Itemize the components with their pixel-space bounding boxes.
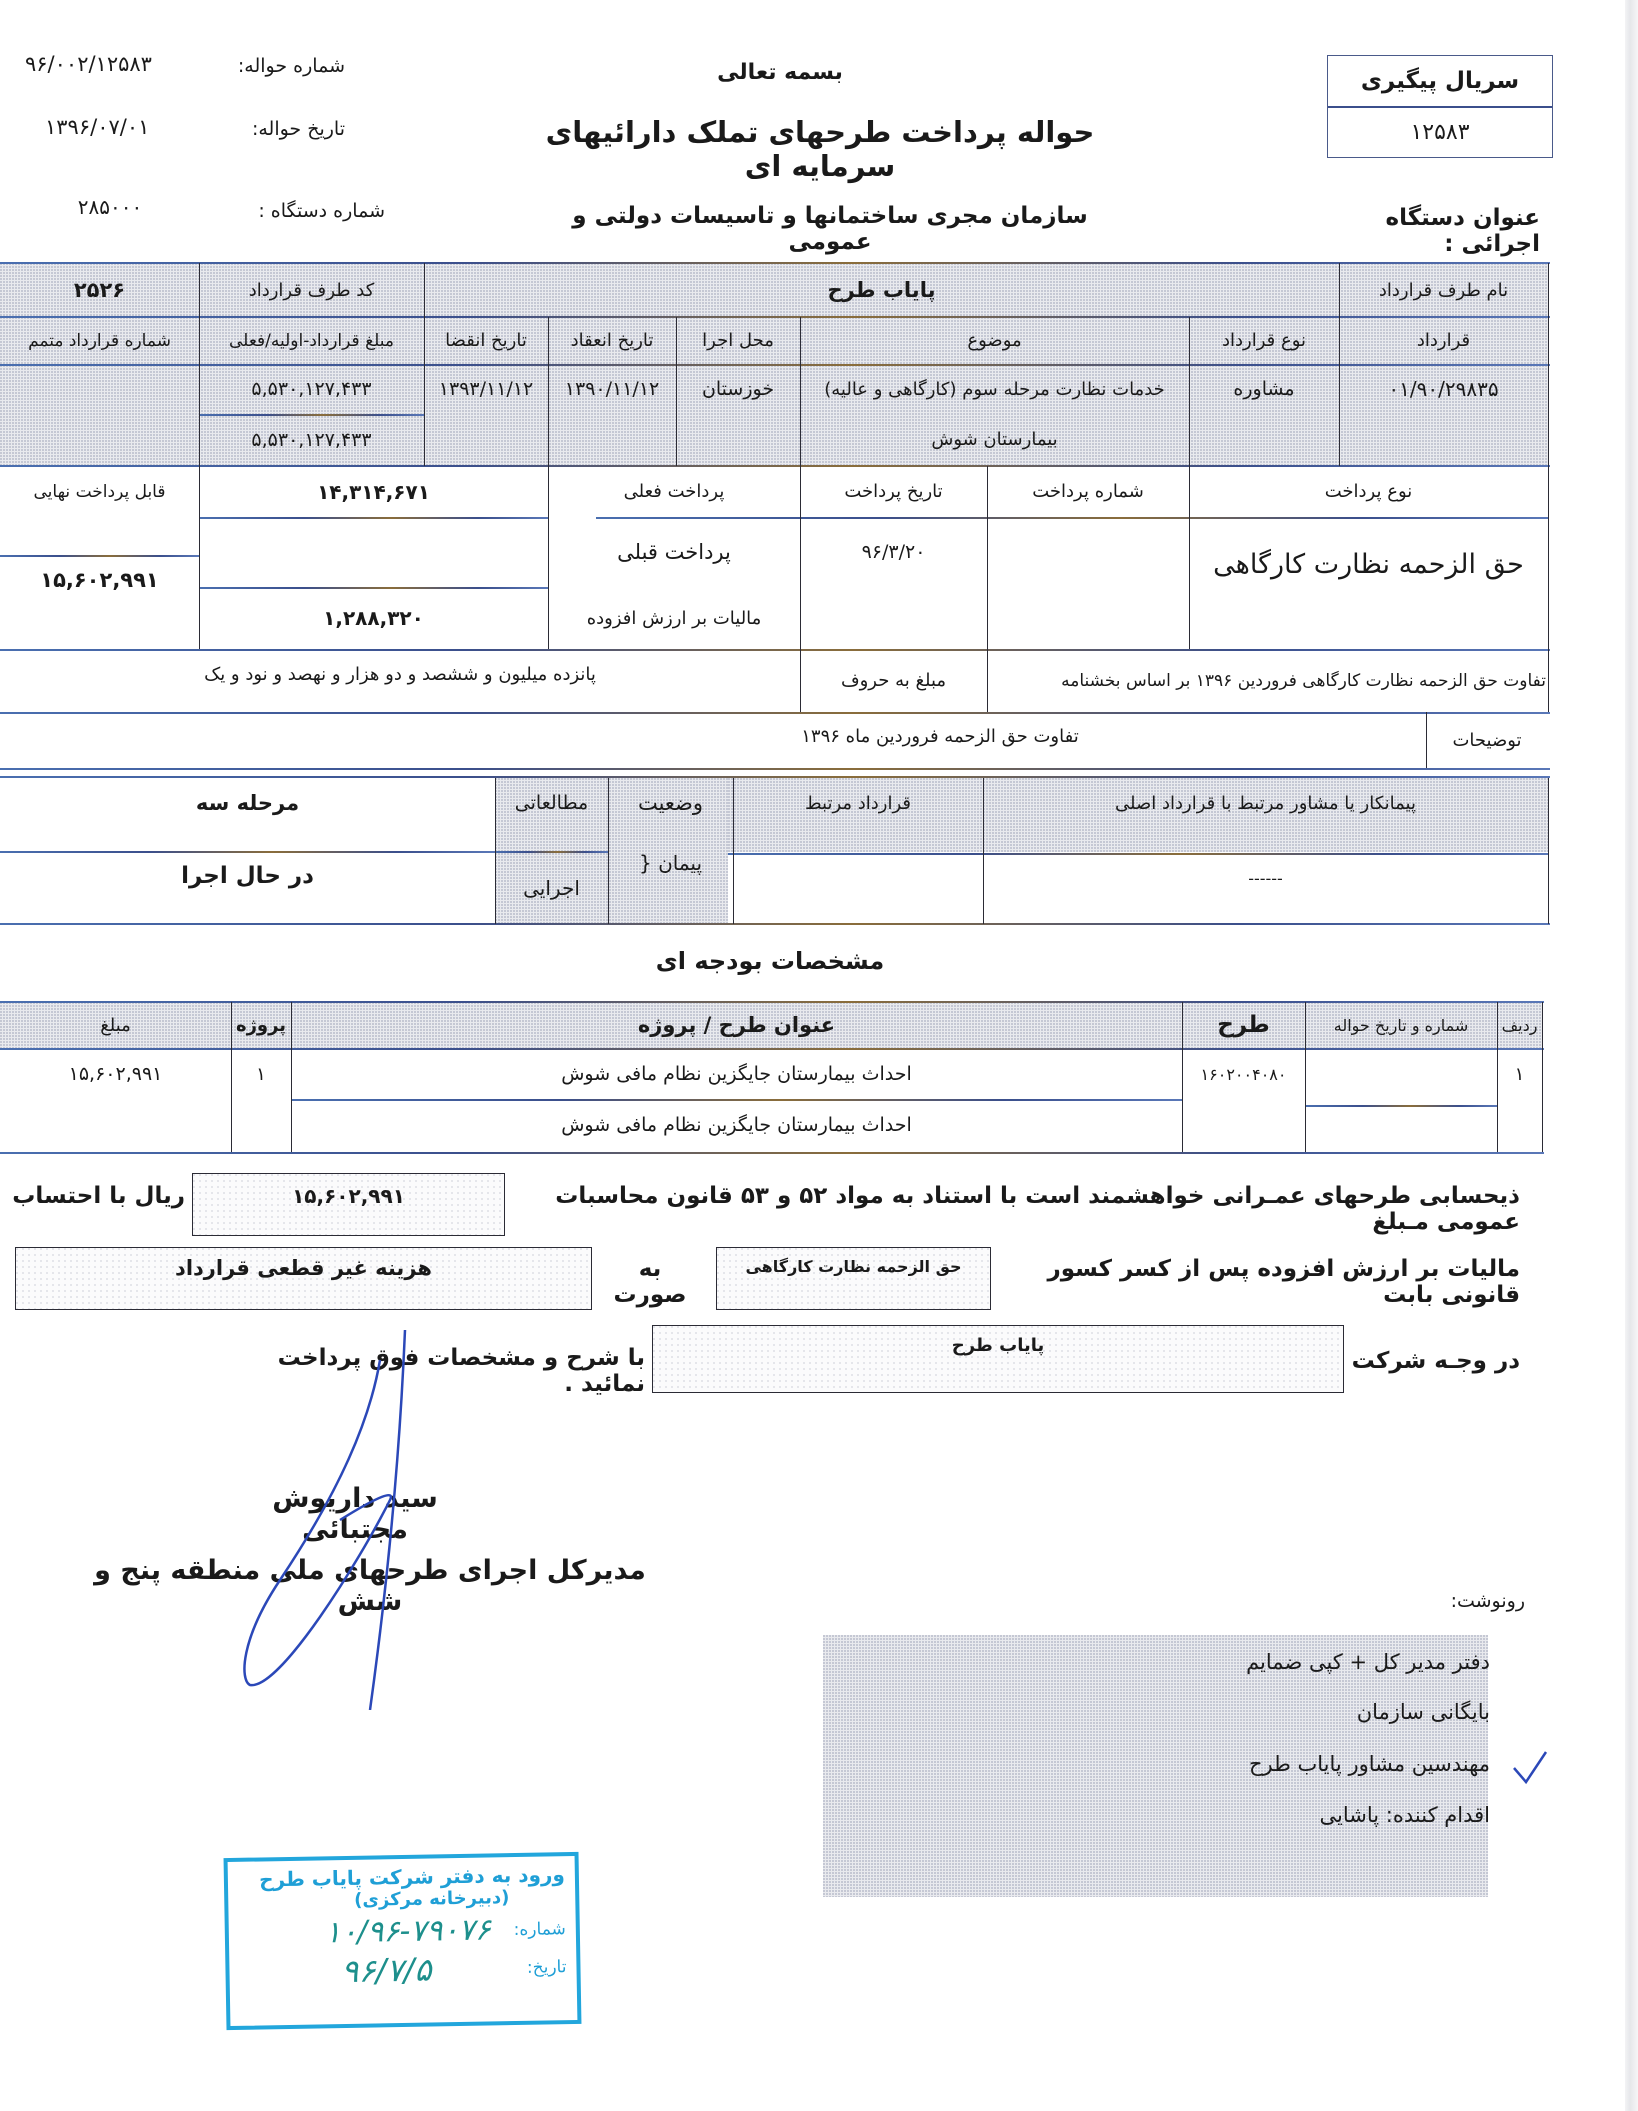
copy-item-4: اقدام کننده: پاشایی bbox=[1100, 1803, 1490, 1827]
table-line bbox=[0, 923, 1550, 925]
table-line bbox=[1305, 1105, 1497, 1107]
notes-value: تفاوت حق الزحمه فروردین ماه ۱۳۹۶ bbox=[500, 712, 1380, 760]
budget-row-plan: ۱۶۰۲۰۰۴۰۸۰ bbox=[1182, 1049, 1305, 1099]
previous-payment-label: پرداخت قبلی bbox=[548, 517, 800, 587]
stage-value: مرحله سه bbox=[0, 778, 495, 828]
status-label: وضعیت bbox=[608, 778, 733, 828]
final-payable-value: ۱۵,۶۰۲,۹۹۱ bbox=[0, 555, 199, 605]
col-supplement: شماره قرارداد متمم bbox=[0, 317, 199, 364]
havaleh-number: ۹۶/۰۰۲/۱۲۵۸۳ bbox=[25, 52, 195, 76]
copy-item-3: مهندسین مشاور پایاب طرح bbox=[1100, 1752, 1490, 1776]
budget-row-amount: ۱۵,۶۰۲,۹۹۱ bbox=[0, 1049, 231, 1099]
table-line bbox=[1548, 466, 1549, 712]
havaleh-date-label: تاریخ حواله: bbox=[225, 118, 345, 140]
kind-box[interactable]: هزینه غیر قطعی قرارداد bbox=[15, 1247, 592, 1310]
budget-col-havaleh: شماره و تاریخ حواله bbox=[1305, 1002, 1497, 1048]
contract-subject-line1: خدمات نظارت مرحله سوم (کارگاهی و عالیه) bbox=[800, 364, 1189, 414]
copy-item-2: بایگانی سازمان bbox=[1100, 1700, 1490, 1724]
col-location: محل اجرا bbox=[676, 317, 800, 364]
budget-row-index: ۱ bbox=[1497, 1049, 1542, 1099]
party-code-label: کد طرف قرارداد bbox=[199, 263, 424, 317]
contract-end-date: ۱۳۹۳/۱۱/۱۲ bbox=[424, 364, 548, 414]
contractor-label: پیمانکار یا مشاور مرتبط با قرارداد اصلی bbox=[983, 778, 1548, 828]
contract-subject-line2: بیمارستان شوش bbox=[800, 414, 1189, 464]
receipt-stamp: ورود به دفتر شرکت پایاب طرح (دبیرخانه مر… bbox=[224, 1852, 582, 2030]
signature-scribble-icon bbox=[220, 1330, 440, 1710]
col-start-date: تاریخ انعقاد bbox=[548, 317, 676, 364]
contract-location: خوزستان bbox=[676, 364, 800, 414]
current-payment-value: ۱۴,۳۱۴,۶۷۱ bbox=[199, 466, 548, 517]
amount-in-words: پانزده میلیون و ششصد و دو هزار و نهصد و … bbox=[0, 649, 800, 699]
serial-box: سریال پیگیری ۱۲۵۸۳ bbox=[1327, 55, 1553, 158]
kind-box-value: هزینه غیر قطعی قرارداد bbox=[175, 1256, 432, 1309]
budget-row-havaleh bbox=[1305, 1049, 1497, 1099]
budget-col-amount: مبلغ bbox=[0, 1002, 231, 1048]
peyman-label: پیمان { bbox=[608, 838, 733, 888]
instruction-line2: مالیات بر ارزش افزوده پس از کسر کسور قان… bbox=[995, 1256, 1520, 1308]
contract-number: ۰۱/۹۰/۲۹۸۳۵ bbox=[1339, 364, 1548, 414]
company-box[interactable]: پایاب طرح bbox=[652, 1325, 1344, 1393]
col-type: نوع قرارداد bbox=[1189, 317, 1339, 364]
subject-box[interactable]: حق الزحمه نظارت کارگاهی bbox=[716, 1247, 991, 1310]
payment-description: تفاوت حق الزحمه نظارت کارگاهی فروردین ۱۳… bbox=[987, 649, 1548, 712]
budget-title: مشخصات بودجه ای bbox=[600, 947, 940, 975]
device-number: ۲۸۵۰۰۰ bbox=[60, 195, 160, 219]
study-option: مطالعاتی bbox=[495, 778, 608, 828]
budget-row-title-2: احداث بیمارستان جایگزین نظام مافی شوش bbox=[291, 1100, 1182, 1150]
page-title: حواله پرداخت طرحهای تملک دارائیهای سرمای… bbox=[500, 115, 1140, 183]
previous-payment-value bbox=[199, 517, 548, 587]
col-amount: مبلغ قرارداد-اولیه/فعلی bbox=[199, 317, 424, 364]
org-label: عنوان دستگاه اجرائی : bbox=[1300, 205, 1540, 257]
party-code: ۲۵۲۶ bbox=[0, 263, 199, 317]
contract-amount-current: ۵,۵۳۰,۱۲۷,۴۳۳ bbox=[199, 414, 424, 465]
copies-label: رونوشت: bbox=[1380, 1590, 1525, 1612]
checkmark-icon bbox=[1510, 1748, 1550, 1788]
table-line bbox=[1548, 778, 1549, 924]
party-name: پایاب طرح bbox=[424, 263, 1339, 317]
amount-in-words-label: مبلغ به حروف bbox=[800, 649, 987, 712]
party-name-label: نام طرف قرارداد bbox=[1339, 263, 1548, 317]
stamp-number-value: ۱۰/۹۶-۷۹۰۷۶ bbox=[325, 1912, 492, 1950]
notes-label: توضیحات bbox=[1426, 712, 1548, 768]
instruction-rial-suffix: ریال با احتساب bbox=[10, 1183, 185, 1209]
amount-box[interactable]: ۱۵,۶۰۲,۹۹۱ bbox=[192, 1173, 505, 1236]
vat-value: ۱,۲۸۸,۳۲۰ bbox=[199, 587, 548, 649]
copy-item-1: دفتر مدیر کل + کپی ضمایم bbox=[1100, 1650, 1490, 1674]
stamp-date-value: ۹۶/۷/۵ bbox=[341, 1951, 432, 1991]
col-contract: قرارداد bbox=[1339, 317, 1548, 364]
related-contract-value bbox=[733, 853, 983, 923]
havaleh-number-label: شماره حواله: bbox=[225, 55, 345, 77]
budget-row-title-1: احداث بیمارستان جایگزین نظام مافی شوش bbox=[291, 1049, 1182, 1099]
current-payment-label: پرداخت فعلی bbox=[548, 466, 800, 517]
serial-label: سریال پیگیری bbox=[1328, 56, 1552, 108]
final-payable-label: قابل پرداخت نهایی bbox=[0, 466, 199, 518]
subject-box-value: حق الزحمه نظارت کارگاهی bbox=[745, 1257, 961, 1309]
budget-row-project: ۱ bbox=[231, 1049, 291, 1099]
basmala: بسمه تعالی bbox=[700, 60, 860, 85]
instruction-as: به صورت bbox=[600, 1256, 700, 1308]
contract-amount-initial: ۵,۵۳۰,۱۲۷,۴۳۳ bbox=[199, 364, 424, 414]
col-end-date: تاریخ انقضا bbox=[424, 317, 548, 364]
havaleh-date: ۱۳۹۶/۰۷/۰۱ bbox=[45, 115, 195, 139]
payment-date-value: ۹۶/۳/۲۰ bbox=[800, 517, 987, 587]
contractor-value: ------ bbox=[983, 853, 1548, 903]
table-line bbox=[1548, 263, 1549, 466]
stamp-date-label: تاریخ: bbox=[491, 1957, 566, 1978]
payment-number-label: شماره پرداخت bbox=[987, 466, 1189, 517]
company-box-value: پایاب طرح bbox=[952, 1335, 1045, 1392]
amount-box-value: ۱۵,۶۰۲,۹۹۱ bbox=[292, 1184, 405, 1235]
payment-type-label: نوع پرداخت bbox=[1189, 466, 1548, 517]
budget-col-project: پروژه bbox=[231, 1002, 291, 1048]
payment-type-value: حق الزحمه نظارت کارگاهی bbox=[1189, 517, 1548, 649]
col-subject: موضوع bbox=[800, 317, 1189, 364]
contract-start-date: ۱۳۹۰/۱۱/۱۲ bbox=[548, 364, 676, 414]
table-line bbox=[0, 1152, 1544, 1154]
vat-label: مالیات بر ارزش افزوده bbox=[548, 587, 800, 649]
budget-col-index: ردیف bbox=[1497, 1002, 1542, 1048]
exec-option: اجرایی bbox=[495, 853, 608, 923]
scan-edge bbox=[1625, 0, 1638, 2111]
table-line bbox=[0, 768, 1550, 770]
device-number-label: شماره دستگاه : bbox=[225, 200, 385, 222]
table-line bbox=[1542, 1002, 1543, 1152]
payment-date-label: تاریخ پرداخت bbox=[800, 466, 987, 517]
stamp-number-label: شماره: bbox=[491, 1919, 566, 1940]
related-contract-label: قرارداد مرتبط bbox=[733, 778, 983, 828]
budget-col-title: عنوان طرح / پروژه bbox=[291, 1002, 1182, 1048]
budget-col-plan: طرح bbox=[1182, 1002, 1305, 1048]
progress-value: در حال اجرا bbox=[0, 853, 495, 898]
payment-number-value bbox=[987, 517, 1189, 649]
serial-value: ۱۲۵۸۳ bbox=[1328, 108, 1552, 158]
instruction-line1: ذیحسابی طرحهای عمـرانی خواهشمند است با ا… bbox=[515, 1183, 1520, 1235]
org-name: سازمان مجری ساختمانها و تاسیسات دولتی و … bbox=[570, 203, 1090, 255]
instruction-company-prefix: در وجـه شرکت bbox=[1340, 1348, 1520, 1374]
contract-type: مشاوره bbox=[1189, 364, 1339, 414]
